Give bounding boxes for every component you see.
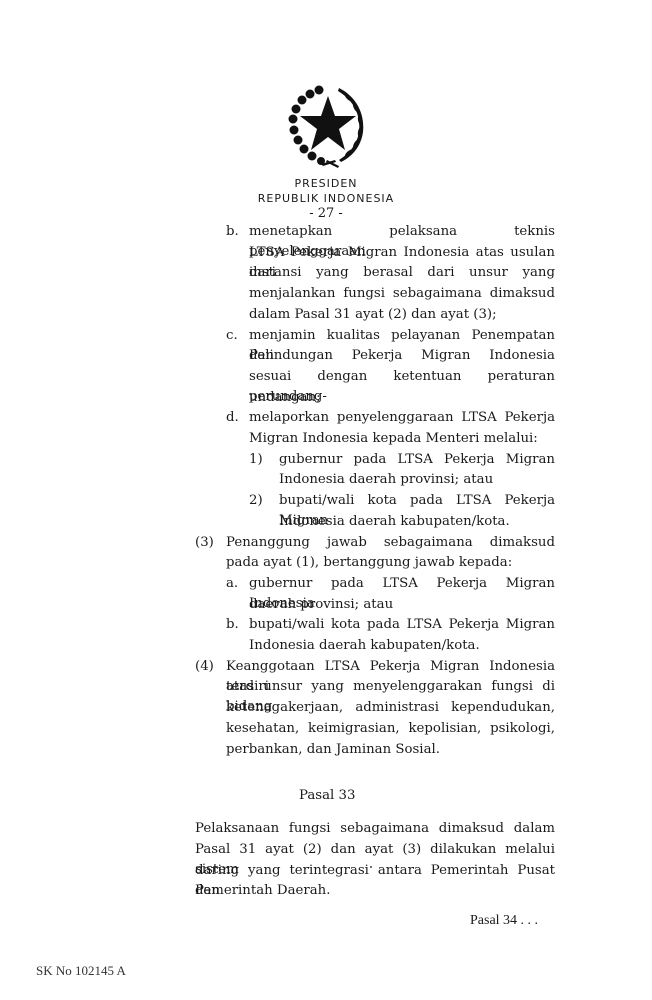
list-marker: a. — [226, 574, 238, 594]
sub-list-marker: 2) — [249, 491, 263, 511]
sub-list-item-line: gubernur pada LTSA Pekerja Migran — [279, 450, 555, 470]
sub-list-item-line: Indonesia daerah provinsi; atau — [279, 470, 555, 490]
article-line: Pelaksanaan fungsi sebagaimana dimaksud … — [195, 819, 555, 839]
scan-speck — [370, 866, 372, 868]
list-item-line: dalam Pasal 31 ayat (2) dan ayat (3); — [249, 305, 555, 325]
list-item-line: bupati/wali kota pada LTSA Pekerja Migra… — [249, 615, 555, 635]
list-item-line: undangan; — [249, 388, 555, 408]
ayat-line: perbankan, dan Jaminan Sosial. — [226, 740, 555, 760]
page-number: - 27 - — [0, 206, 652, 221]
list-item-line: melaporkan penyelenggaraan LTSA Pekerja — [249, 408, 555, 428]
ayat-marker: (3) — [195, 533, 214, 553]
ayat-marker: (4) — [195, 657, 214, 677]
list-marker: b. — [226, 222, 239, 242]
ayat-line: Penanggung jawab sebagaimana dimaksud — [226, 533, 555, 553]
list-item-line: instansi yang berasal dari unsur yang — [249, 263, 555, 283]
list-marker: b. — [226, 615, 239, 635]
next-page-reference: Pasal 34 . . . — [470, 913, 538, 929]
list-item-line: Indonesia daerah kabupaten/kota. — [249, 636, 555, 656]
ayat-line: kesehatan, keimigrasian, kepolisian, psi… — [226, 719, 555, 739]
article-title: Pasal 33 — [299, 786, 355, 806]
list-marker: d. — [226, 408, 239, 428]
article-line: Pemerintah Daerah. — [195, 881, 555, 901]
sub-list-marker: 1) — [249, 450, 263, 470]
list-item-line: daerah provinsi; atau — [249, 595, 555, 615]
header-republic: REPUBLIK INDONESIA — [0, 192, 652, 205]
sub-list-item-line: Indonesia daerah kabupaten/kota. — [279, 512, 555, 532]
garuda-star-emblem-icon — [283, 82, 373, 172]
list-marker: c. — [226, 326, 238, 346]
list-item-line: Migran Indonesia kepada Menteri melalui: — [249, 429, 555, 449]
list-item-line: menjalankan fungsi sebagaimana dimaksud — [249, 284, 555, 304]
header-president: PRESIDEN — [0, 177, 652, 190]
ayat-line: ketenagakerjaan, administrasi kependuduk… — [226, 698, 555, 718]
ayat-line: pada ayat (1), bertanggung jawab kepada: — [226, 553, 555, 573]
list-item-line: Pelindungan Pekerja Migran Indonesia — [249, 346, 555, 366]
sk-number: SK No 102145 A — [36, 963, 126, 979]
